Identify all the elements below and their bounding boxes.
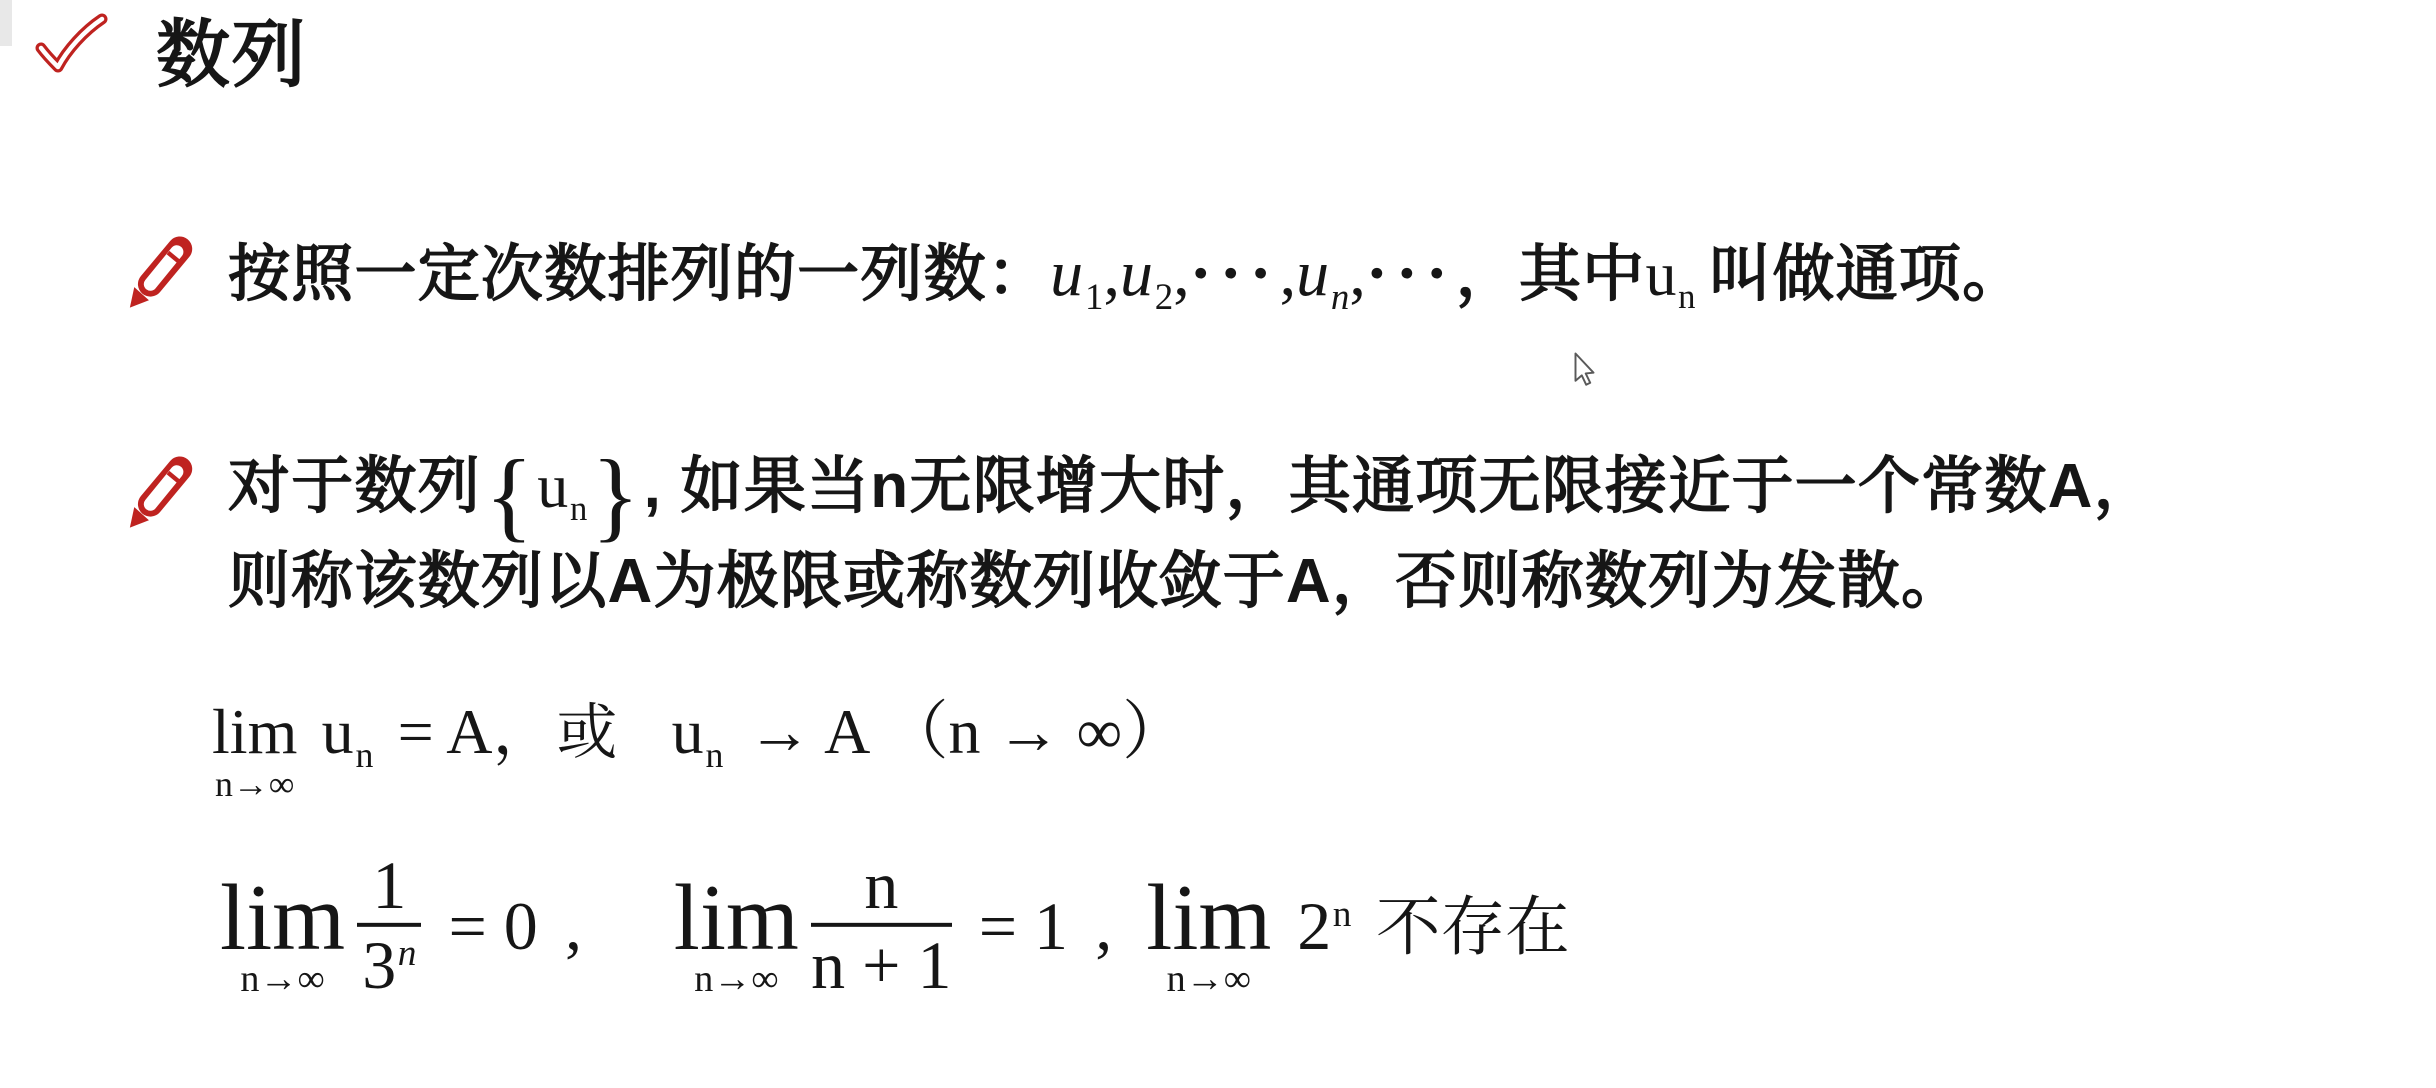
sequence-definition-row: 按照一定次数排列的一列数：u1,u2,···,un,···，其中un叫做通项。 [124, 218, 2025, 318]
result: = 0 [448, 888, 537, 964]
lim-operator: limn→∞ [220, 880, 345, 998]
paren-close: ） [1122, 696, 1186, 767]
sequence-tail-text: 叫做通项。 [1709, 240, 2025, 309]
pencil-icon [124, 438, 212, 538]
paren-open: （ [884, 696, 948, 767]
fullwidth-comma: ， [492, 696, 556, 767]
page-title: 数列 [156, 18, 307, 92]
left-brace: { [481, 439, 537, 551]
lim-operator: limn→∞ [1146, 880, 1271, 998]
screen-corner-artifact [0, 0, 12, 46]
limit-notation-formula: limn→∞un= A，或un→ A（n → ∞） [212, 680, 1186, 803]
general-term-math: un [1645, 241, 1695, 309]
lecture-slide: 数列 按照一定次数排列的一列数：u1,u2,···,un,···，其中un叫做通… [0, 0, 2436, 1088]
example-limit-1: limn→∞13n= 0, [220, 888, 616, 964]
right-brace: } [587, 439, 643, 551]
check-icon [34, 10, 110, 82]
limit-definition-text: 对于数列{un}, 如果当n无限增大时，其通项无限接近于一个常数A， 则称该数列… [228, 440, 2157, 630]
sequence-lead-text: 按照一定次数排列的一列数： [228, 240, 1050, 309]
or-word: 或 [556, 700, 617, 767]
sequence-definition-text: 按照一定次数排列的一列数：u1,u2,···,un,···，其中un叫做通项。 [228, 224, 2025, 318]
example-limit-2: limn→∞nn + 1= 1, [674, 888, 1146, 964]
limit-definition-row: 对于数列{un}, 如果当n无限增大时，其通项无限接近于一个常数A， 则称该数列… [124, 438, 2157, 630]
example-limit-3: limn→∞2n不存在 [1146, 888, 1569, 964]
fraction-n-over-n-plus-1: nn + 1 [811, 850, 951, 1002]
lim-operator: limn→∞ [212, 700, 297, 803]
section-header: 数列 [34, 10, 307, 92]
sequence-terms-math: u1,u2,···,un,··· [1050, 237, 1456, 310]
sequence-mid-text: ，其中 [1456, 240, 1646, 309]
lhs-term: un [322, 696, 374, 767]
does-not-exist-text: 不存在 [1376, 891, 1570, 963]
pencil-icon [124, 218, 212, 318]
fraction-one-over-3n: 13n [357, 850, 421, 1002]
separator-comma: , [565, 888, 582, 964]
rhs-term: un [672, 696, 724, 767]
limit-definition-line1: 对于数列{un}, 如果当n无限增大时，其通项无限接近于一个常数A， [228, 440, 2157, 535]
equals-a: = A [398, 696, 493, 767]
tends-to-a: → A [748, 696, 871, 767]
limit-definition-line2: 则称该数列以A为极限或称数列收敛于A，否则称数列为发散。 [228, 535, 2157, 630]
two-to-the-n: 2n [1297, 888, 1351, 964]
braced-term-math: {un} [481, 453, 644, 521]
paren-inner: n → ∞ [948, 696, 1122, 767]
mouse-cursor-icon [1574, 352, 1595, 388]
example-limits-row: limn→∞13n= 0,limn→∞nn + 1= 1,limn→∞2n不存在 [220, 858, 1570, 1010]
separator-comma: , [1095, 888, 1112, 964]
lim-operator: limn→∞ [674, 880, 799, 998]
result: = 1 [979, 888, 1068, 964]
